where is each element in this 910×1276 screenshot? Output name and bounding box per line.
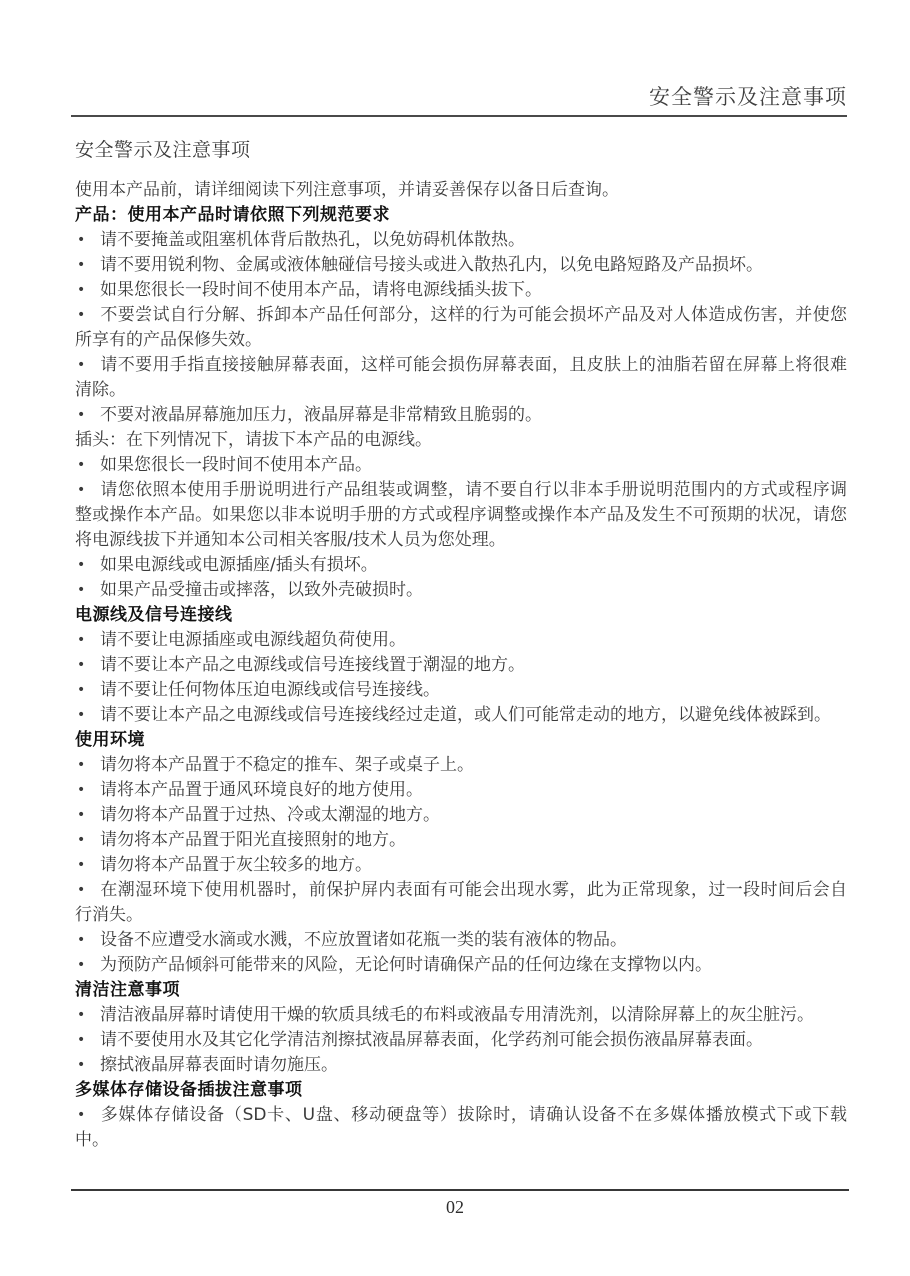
bullet-item: •请勿将本产品置于过热、冷或太潮湿的地方。 <box>75 803 847 828</box>
bullet-text: 请不要用锐利物、金属或液体触碰信号接头或进入散热孔内，以免电路短路及产品损坏。 <box>100 255 763 275</box>
bullet-marker-icon: • <box>75 1028 100 1053</box>
bullet-text: 不要尝试自行分解、拆卸本产品任何部分，这样的行为可能会损坏产品及对人体造成伤害，… <box>75 305 847 350</box>
bullet-marker-icon: • <box>75 253 100 278</box>
bullet-marker-icon: • <box>75 1103 100 1128</box>
bullet-marker-icon: • <box>75 303 100 328</box>
section-heading: 使用环境 <box>75 728 847 753</box>
bullet-marker-icon: • <box>75 653 100 678</box>
bullet-text: 请不要让本产品之电源线或信号连接线经过走道，或人们可能常走动的地方，以避免线体被… <box>100 705 831 725</box>
bullet-text: 如果电源线或电源插座/插头有损坏。 <box>100 555 378 575</box>
bullet-marker-icon: • <box>75 853 100 878</box>
bullet-item: •请勿将本产品置于阳光直接照射的地方。 <box>75 828 847 853</box>
sections: 产品：使用本产品时请依照下列规范要求•请不要掩盖或阻塞机体背后散热孔，以免妨碍机… <box>75 203 847 1153</box>
bullet-marker-icon: • <box>75 778 100 803</box>
bullet-text: 在潮湿环境下使用机器时，前保护屏内表面有可能会出现水雾，此为正常现象，过一段时间… <box>75 880 847 925</box>
bullet-text: 请不要掩盖或阻塞机体背后散热孔，以免妨碍机体散热。 <box>100 230 525 250</box>
bullet-item: •如果电源线或电源插座/插头有损坏。 <box>75 553 847 578</box>
bullet-item: •请不要使用水及其它化学清洁剂擦拭液晶屏幕表面，化学药剂可能会损伤液晶屏幕表面。 <box>75 1028 847 1053</box>
bullet-text: 如果您很长一段时间不使用本产品。 <box>100 455 372 475</box>
bullet-item: •如果产品受撞击或摔落，以致外壳破损时。 <box>75 578 847 603</box>
bullet-text: 请勿将本产品置于不稳定的推车、架子或桌子上。 <box>100 755 474 775</box>
bullet-marker-icon: • <box>75 228 100 253</box>
bullet-text: 请不要让本产品之电源线或信号连接线置于潮湿的地方。 <box>100 655 525 675</box>
bullet-item: •请不要用手指直接接触屏幕表面，这样可能会损伤屏幕表面，且皮肤上的油脂若留在屏幕… <box>75 353 847 403</box>
bullet-text: 请勿将本产品置于灰尘较多的地方。 <box>100 855 372 875</box>
bullet-text: 请不要让任何物体压迫电源线或信号连接线。 <box>100 680 440 700</box>
bullet-marker-icon: • <box>75 878 100 903</box>
bullet-item: •请勿将本产品置于不稳定的推车、架子或桌子上。 <box>75 753 847 778</box>
bullet-item: •请不要让本产品之电源线或信号连接线经过走道，或人们可能常走动的地方，以避免线体… <box>75 703 847 728</box>
bullet-item: •不要尝试自行分解、拆卸本产品任何部分，这样的行为可能会损坏产品及对人体造成伤害… <box>75 303 847 353</box>
bullet-item: •请不要让本产品之电源线或信号连接线置于潮湿的地方。 <box>75 653 847 678</box>
bullet-text: 为预防产品倾斜可能带来的风险，无论何时请确保产品的任何边缘在支撑物以内。 <box>100 955 712 975</box>
bullet-item: •请不要让电源插座或电源线超负荷使用。 <box>75 628 847 653</box>
bullet-item: •请您依照本使用手册说明进行产品组装或调整，请不要自行以非本手册说明范围内的方式… <box>75 478 847 553</box>
bullet-item: •请不要掩盖或阻塞机体背后散热孔，以免妨碍机体散热。 <box>75 228 847 253</box>
bullet-marker-icon: • <box>75 628 100 653</box>
bullet-item: •请将本产品置于通风环境良好的地方使用。 <box>75 778 847 803</box>
bullet-text: 如果产品受撞击或摔落，以致外壳破损时。 <box>100 580 423 600</box>
bullet-marker-icon: • <box>75 278 100 303</box>
bullet-item: •不要对液晶屏幕施加压力，液晶屏幕是非常精致且脆弱的。 <box>75 403 847 428</box>
bullet-item: •请勿将本产品置于灰尘较多的地方。 <box>75 853 847 878</box>
footer-rule <box>71 1189 849 1191</box>
bullet-text: 不要对液晶屏幕施加压力，液晶屏幕是非常精致且脆弱的。 <box>100 405 542 425</box>
page-title: 安全警示及注意事项 <box>75 137 847 163</box>
bullet-text: 请勿将本产品置于过热、冷或太潮湿的地方。 <box>100 805 440 825</box>
section-heading: 电源线及信号连接线 <box>75 603 847 628</box>
bullet-marker-icon: • <box>75 1053 100 1078</box>
bullet-marker-icon: • <box>75 1003 100 1028</box>
bullet-item: •请不要让任何物体压迫电源线或信号连接线。 <box>75 678 847 703</box>
bullet-item: •在潮湿环境下使用机器时，前保护屏内表面有可能会出现水雾，此为正常现象，过一段时… <box>75 878 847 928</box>
section-heading: 清洁注意事项 <box>75 978 847 1003</box>
bullet-marker-icon: • <box>75 578 100 603</box>
bullet-text: 请不要用手指直接接触屏幕表面，这样可能会损伤屏幕表面，且皮肤上的油脂若留在屏幕上… <box>75 355 847 400</box>
bullet-marker-icon: • <box>75 453 100 478</box>
bullet-text: 擦拭液晶屏幕表面时请勿施压。 <box>100 1055 338 1075</box>
bullet-marker-icon: • <box>75 753 100 778</box>
bullet-marker-icon: • <box>75 828 100 853</box>
bullet-item: •请不要用锐利物、金属或液体触碰信号接头或进入散热孔内，以免电路短路及产品损坏。 <box>75 253 847 278</box>
header-rule <box>71 115 847 117</box>
section-heading: 多媒体存储设备插拔注意事项 <box>75 1078 847 1103</box>
intro-paragraph: 使用本产品前，请详细阅读下列注意事项，并请妥善保存以备日后查询。 <box>75 178 847 203</box>
bullet-marker-icon: • <box>75 703 100 728</box>
bullet-text: 请勿将本产品置于阳光直接照射的地方。 <box>100 830 406 850</box>
running-head-title: 安全警示及注意事项 <box>71 0 847 111</box>
content-frame: 安全警示及注意事项 安全警示及注意事项 使用本产品前，请详细阅读下列注意事项，并… <box>71 0 847 1153</box>
bullet-marker-icon: • <box>75 803 100 828</box>
bullet-text: 请不要让电源插座或电源线超负荷使用。 <box>100 630 406 650</box>
page-number: 02 <box>0 1197 910 1218</box>
bullet-item: •清洁液晶屏幕时请使用干燥的软质具绒毛的布料或液晶专用清洗剂，以清除屏幕上的灰尘… <box>75 1003 847 1028</box>
bullet-text: 多媒体存储设备（SD卡、U盘、移动硬盘等）拔除时，请确认设备不在多媒体播放模式下… <box>75 1105 847 1150</box>
bullet-item: •多媒体存储设备（SD卡、U盘、移动硬盘等）拔除时，请确认设备不在多媒体播放模式… <box>75 1103 847 1153</box>
bullet-text: 请将本产品置于通风环境良好的地方使用。 <box>100 780 423 800</box>
bullet-marker-icon: • <box>75 553 100 578</box>
bullet-marker-icon: • <box>75 953 100 978</box>
bullet-item: •如果您很长一段时间不使用本产品。 <box>75 453 847 478</box>
bullet-item: •如果您很长一段时间不使用本产品，请将电源线插头拔下。 <box>75 278 847 303</box>
bullet-marker-icon: • <box>75 403 100 428</box>
body-text: 使用本产品前，请详细阅读下列注意事项，并请妥善保存以备日后查询。 产品：使用本产… <box>75 178 847 1153</box>
bullet-marker-icon: • <box>75 353 100 378</box>
section-heading: 产品：使用本产品时请依照下列规范要求 <box>75 203 847 228</box>
bullet-item: •设备不应遭受水滴或水溅，不应放置诸如花瓶一类的装有液体的物品。 <box>75 928 847 953</box>
bullet-text: 请不要使用水及其它化学清洁剂擦拭液晶屏幕表面，化学药剂可能会损伤液晶屏幕表面。 <box>100 1030 763 1050</box>
bullet-marker-icon: • <box>75 928 100 953</box>
bullet-text: 清洁液晶屏幕时请使用干燥的软质具绒毛的布料或液晶专用清洗剂，以清除屏幕上的灰尘脏… <box>100 1005 814 1025</box>
section-heading: 插头：在下列情况下，请拔下本产品的电源线。 <box>75 428 847 453</box>
manual-page: 安全警示及注意事项 安全警示及注意事项 使用本产品前，请详细阅读下列注意事项，并… <box>0 0 910 1276</box>
bullet-text: 如果您很长一段时间不使用本产品，请将电源线插头拔下。 <box>100 280 542 300</box>
bullet-item: •为预防产品倾斜可能带来的风险，无论何时请确保产品的任何边缘在支撑物以内。 <box>75 953 847 978</box>
bullet-marker-icon: • <box>75 678 100 703</box>
bullet-text: 设备不应遭受水滴或水溅，不应放置诸如花瓶一类的装有液体的物品。 <box>100 930 627 950</box>
bullet-marker-icon: • <box>75 478 100 503</box>
bullet-item: •擦拭液晶屏幕表面时请勿施压。 <box>75 1053 847 1078</box>
bullet-text: 请您依照本使用手册说明进行产品组装或调整，请不要自行以非本手册说明范围内的方式或… <box>75 480 847 550</box>
